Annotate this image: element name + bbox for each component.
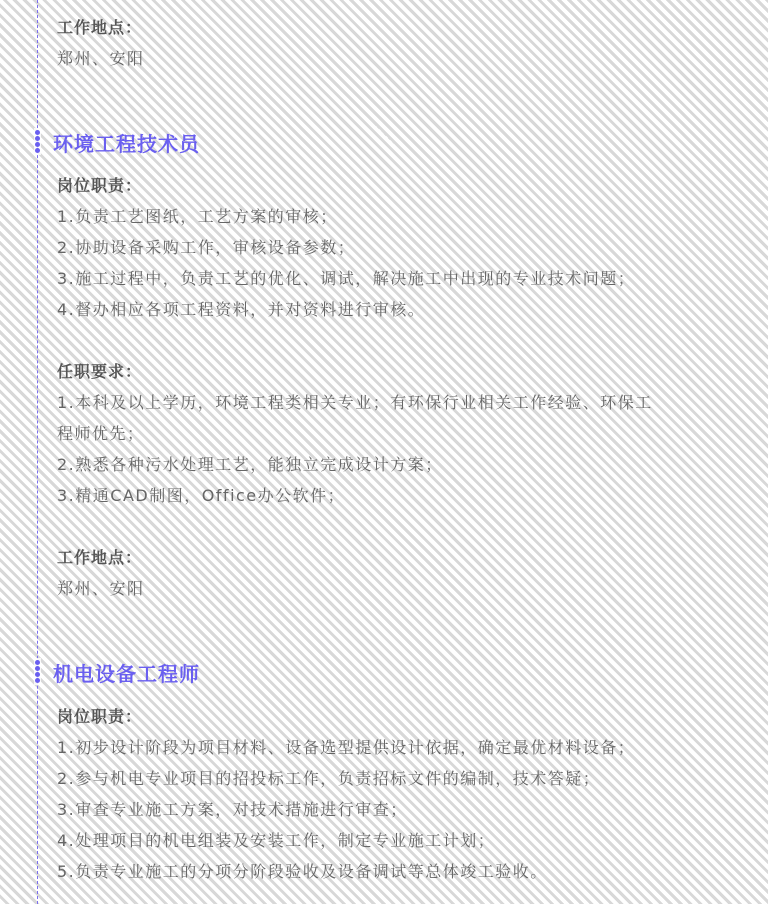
requirement-item: 2.熟悉各种污水处理工艺，能独立完成设计方案； xyxy=(57,449,737,480)
duty-item: 4.处理项目的机电组装及安装工作，制定专业施工计划； xyxy=(57,825,737,856)
duties-label: 岗位职责： xyxy=(57,701,737,732)
requirements-label: 任职要求： xyxy=(57,356,737,387)
job1-duties: 岗位职责： 1.负责工艺图纸，工艺方案的审核； 2.协助设备采购工作，审核设备参… xyxy=(57,170,737,325)
duty-item: 1.初步设计阶段为项目材料、设备选型提供设计依据，确定最优材料设备； xyxy=(57,732,737,763)
job1-location: 工作地点： 郑州、安阳 xyxy=(57,542,737,604)
duty-item: 2.参与机电专业项目的招投标工作，负责招标文件的编制，技术答疑； xyxy=(57,763,737,794)
location-value: 郑州、安阳 xyxy=(57,43,737,74)
duty-item: 3.审查专业施工方案，对技术措施进行审查； xyxy=(57,794,737,825)
requirement-item: 1.本科及以上学历，环境工程类相关专业；有环保行业相关工作经验、环保工 xyxy=(57,387,737,418)
duties-label: 岗位职责： xyxy=(57,170,737,201)
duty-item: 5.负责专业施工的分项分阶段验收及设备调试等总体竣工验收。 xyxy=(57,856,737,887)
duty-item: 3.施工过程中，负责工艺的优化、调试，解决施工中出现的专业技术问题； xyxy=(57,263,737,294)
requirement-item: 3.精通CAD制图，Office办公软件； xyxy=(57,480,737,511)
duty-item: 4.督办相应各项工程资料，并对资料进行审核。 xyxy=(57,294,737,325)
job2-duties: 岗位职责： 1.初步设计阶段为项目材料、设备选型提供设计依据，确定最优材料设备；… xyxy=(57,701,737,887)
location-value: 郑州、安阳 xyxy=(57,573,737,604)
job-title-environmental-technician: 环境工程技术员 xyxy=(53,129,200,159)
location-label: 工作地点： xyxy=(57,12,737,43)
job1-requirements: 任职要求： 1.本科及以上学历，环境工程类相关专业；有环保行业相关工作经验、环保… xyxy=(57,356,737,511)
section-marker-icon xyxy=(34,128,41,155)
requirement-item: 程师优先； xyxy=(57,418,737,449)
duty-item: 1.负责工艺图纸，工艺方案的审核； xyxy=(57,201,737,232)
location-section-previous: 工作地点： 郑州、安阳 xyxy=(57,12,737,74)
location-label: 工作地点： xyxy=(57,542,737,573)
section-marker-icon xyxy=(34,658,41,685)
duty-item: 2.协助设备采购工作，审核设备参数； xyxy=(57,232,737,263)
job-title-electromechanical-engineer: 机电设备工程师 xyxy=(53,659,200,689)
